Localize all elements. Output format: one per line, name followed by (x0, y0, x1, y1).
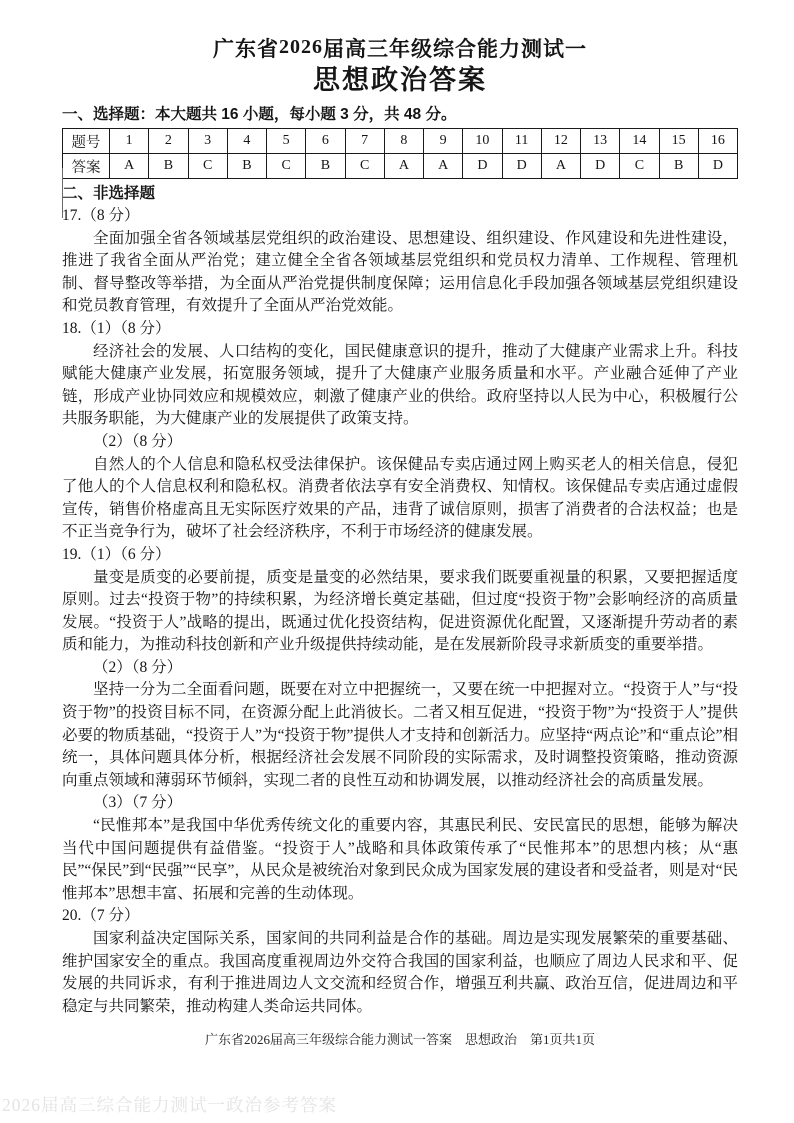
question-answer-cell: D (463, 154, 502, 179)
qa-item-text: 坚持一分为二全面看问题，既要在对立中把握统一，又要在统一中把握对立。“投资于人”… (62, 679, 738, 792)
answer-table-answer-row: 答案ABCBCBCAADDADCBD (63, 154, 738, 179)
qa-item-label: 17.（8 分） (62, 205, 738, 228)
question-answer-cell: C (267, 154, 306, 179)
question-number-cell: 12 (541, 129, 580, 154)
qa-item-label: 19.（1）（6 分） (62, 544, 738, 567)
exam-answer-page: { "header": { "title_prefix": "广东省", "ti… (0, 0, 794, 1123)
question-number-cell: 13 (581, 129, 620, 154)
question-number-cell: 3 (188, 129, 227, 154)
question-answer-cell: D (581, 154, 620, 179)
page-title-year: 2026 (279, 36, 323, 58)
question-number-cell: 9 (424, 129, 463, 154)
question-answer-cell: A (110, 154, 149, 179)
page-title: 广东省2026届高三年级综合能力测试一 (62, 36, 738, 64)
qa-item-label: 18.（1）（8 分） (62, 318, 738, 341)
question-answer-cell: B (227, 154, 266, 179)
question-answer-label: 答案 (63, 154, 110, 179)
question-answer-cell: B (306, 154, 345, 179)
question-number-cell: 2 (149, 129, 188, 154)
qa-item-label: （2）（8 分） (62, 657, 738, 680)
question-number-cell: 4 (227, 129, 266, 154)
question-number-cell: 16 (698, 129, 737, 154)
question-number-cell: 15 (659, 129, 698, 154)
question-number-label: 题号 (63, 129, 110, 154)
question-number-cell: 7 (345, 129, 384, 154)
nonchoice-answers: 17.（8 分）全面加强全省各领域基层党组织的政治建设、思想建设、组织建设、作风… (62, 205, 738, 1018)
qa-item-text: 量变是质变的必要前提，质变是量变的必然结果，要求我们既要重视量的积累，又要把握适… (62, 567, 738, 657)
qa-item-text: 全面加强全省各领域基层党组织的政治建设、思想建设、组织建设、作风建设和先进性建设… (62, 228, 738, 318)
page-content: 广东省2026届高三年级综合能力测试一 思想政治答案 一、选择题：本大题共 16… (62, 36, 738, 1049)
answer-table-number-row: 题号12345678910111213141516 (63, 129, 738, 154)
question-number-cell: 10 (463, 129, 502, 154)
question-answer-cell: A (541, 154, 580, 179)
question-answer-cell: C (345, 154, 384, 179)
question-number-cell: 5 (267, 129, 306, 154)
question-answer-cell: A (384, 154, 423, 179)
question-number-cell: 11 (502, 129, 541, 154)
page-title-prefix: 广东省 (213, 38, 279, 61)
qa-item-text: 经济社会的发展、人口结构的变化，国民健康意识的提升，推动了大健康产业需求上升。科… (62, 341, 738, 431)
question-answer-cell: C (188, 154, 227, 179)
answer-table: 题号12345678910111213141516 答案ABCBCBCAADDA… (62, 128, 738, 179)
question-answer-cell: D (502, 154, 541, 179)
question-number-cell: 6 (306, 129, 345, 154)
page-subtitle: 思想政治答案 (62, 64, 738, 96)
question-number-cell: 14 (620, 129, 659, 154)
question-number-cell: 1 (110, 129, 149, 154)
scan-artifact-line (62, 168, 63, 218)
qa-item-text: 国家利益决定国际关系，国家间的共同利益是合作的基础。周边是实现发展繁荣的重要基础… (62, 928, 738, 1018)
question-answer-cell: D (698, 154, 737, 179)
page-footer: 广东省2026届高三年级综合能力测试一答案 思想政治 第1页共1页 (62, 1031, 738, 1049)
page-title-suffix: 届高三年级综合能力测试一 (323, 38, 587, 61)
qa-item-label: 20.（7 分） (62, 905, 738, 928)
question-answer-cell: A (424, 154, 463, 179)
qa-item-text: “民惟邦本”是我国中华优秀传统文化的重要内容，其惠民利民、安民富民的思想，能够为… (62, 815, 738, 905)
question-answer-cell: B (659, 154, 698, 179)
nonchoice-section-heading: 二、非选择题 (62, 182, 738, 205)
qa-item-label: （3）（7 分） (62, 792, 738, 815)
question-answer-cell: B (149, 154, 188, 179)
qa-item-label: （2）（8 分） (62, 431, 738, 454)
qa-item-text: 自然人的个人信息和隐私权受法律保护。该保健品专卖店通过网上购买老人的相关信息，侵… (62, 454, 738, 544)
question-number-cell: 8 (384, 129, 423, 154)
question-answer-cell: C (620, 154, 659, 179)
watermark-text: 2026届高三综合能力测试一政治参考答案 (2, 1092, 337, 1117)
choice-section-heading: 一、选择题：本大题共 16 小题，每小题 3 分，共 48 分。 (62, 104, 738, 125)
